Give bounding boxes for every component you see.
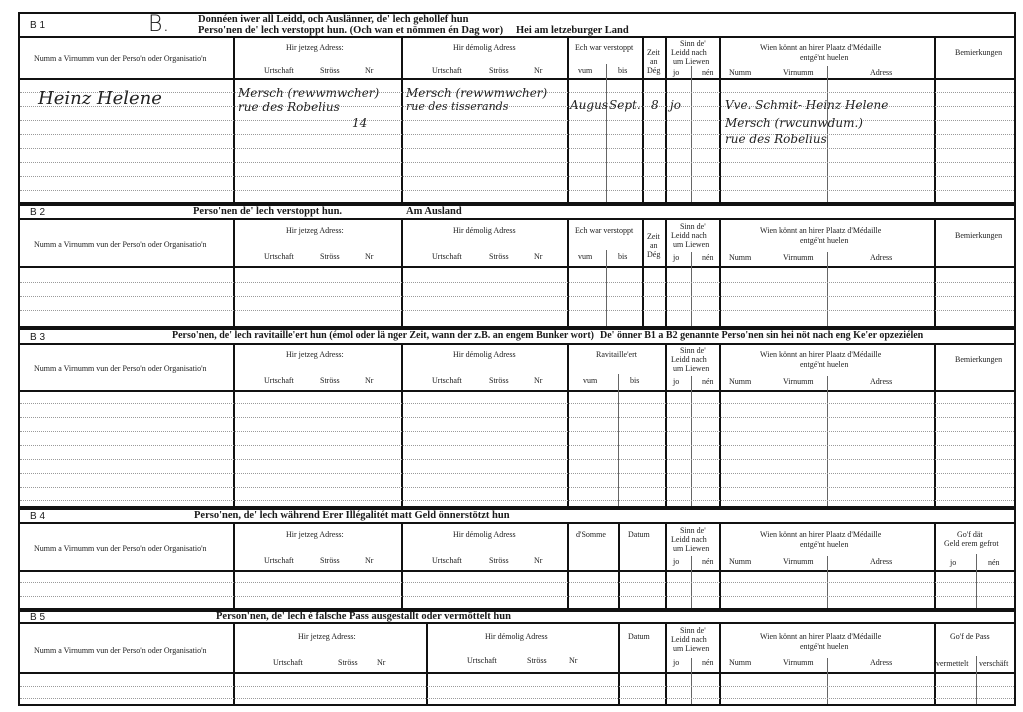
col-header-medal: entgé'nt huelen	[800, 53, 848, 62]
col-header-nr: Nr	[365, 556, 373, 565]
col-header-ravitailleert: Ravitaille'ert	[596, 350, 637, 359]
col-header-former-address: Hir démolig Adress	[485, 632, 548, 641]
col-header-street: Ströss	[320, 66, 340, 75]
col-header-nr: Nr	[534, 66, 542, 75]
col-header-nr: Nr	[365, 376, 373, 385]
col-header-street: Ströss	[527, 656, 547, 665]
col-header-time: Zeit	[647, 232, 660, 241]
col-header-alive: Sinn de'	[680, 222, 706, 231]
col-header-locality: Urtschaft	[432, 556, 462, 565]
col-header-street: Ströss	[489, 252, 509, 261]
col-header-medal: entgé'nt huelen	[800, 642, 848, 651]
section-title-right: Hei am letzeburger Land	[516, 25, 629, 36]
col-header-yes: jo	[673, 658, 679, 667]
section-code: B 1	[30, 20, 45, 31]
col-header-remarks: Bemierkungen	[955, 48, 1002, 57]
section-code: B 4	[30, 511, 45, 522]
section-title-right: Am Ausland	[406, 206, 462, 217]
col-header-time: an	[650, 57, 658, 66]
col-header-street: Ströss	[320, 556, 340, 565]
col-header-name: Numm a Virnumm vun der Perso'n oder Orga…	[34, 544, 207, 553]
col-header-locality: Urtschaft	[432, 376, 462, 385]
section-title-bar: B 5 Person'nen, de' lech é falsche Pass …	[20, 612, 1014, 624]
col-header-locality: Urtschaft	[264, 556, 294, 565]
section-title-line1: Donnéen iwer all Leidd, och Auslänner, d…	[198, 14, 468, 25]
section-code: B 5	[30, 612, 45, 623]
col-header-no: nén	[702, 68, 714, 77]
header-divider	[20, 78, 1014, 80]
col-header-alive: Leidd nach	[671, 635, 707, 644]
col-header-hidden: Ech war verstoppt	[575, 226, 633, 235]
col-header-nr: Nr	[365, 66, 373, 75]
col-header-pass: Go'f de Pass	[950, 632, 990, 641]
col-header-surname: Numm	[729, 68, 751, 77]
col-header-address: Adress	[870, 253, 892, 262]
col-header-address: Adress	[870, 557, 892, 566]
col-header-yes: jo	[673, 557, 679, 566]
col-header-current-address: Hir jetzeg Adress:	[286, 226, 344, 235]
col-header-current-address: Hir jetzeg Adress:	[286, 530, 344, 539]
col-header-date: Datum	[628, 530, 650, 539]
section-b2: B 2 Perso'nen de' lech verstoppt hun. Am…	[18, 204, 1016, 328]
col-header-firstname: Virnumm	[783, 253, 814, 262]
section-title-line2: Perso'nen de' lech verstoppt hun. (Och w…	[198, 25, 503, 36]
entry-alive-yes[interactable]: jo	[670, 98, 681, 112]
col-header-street: Ströss	[489, 376, 509, 385]
col-header-medal: Wien könnt an hirer Plaatz d'Médaille	[760, 350, 881, 359]
col-header-time: Dég	[647, 250, 660, 259]
col-header-mediated: vermettelt	[936, 659, 968, 668]
section-b4: B 4 Perso'nen, de' lech während Erer Ill…	[18, 508, 1016, 610]
col-header-address: Adress	[870, 68, 892, 77]
col-header-alive: Sinn de'	[680, 526, 706, 535]
section-title-right: De' önner B1 a B2 genannte Perso'nen sin…	[600, 330, 923, 341]
col-header-time: Zeit	[647, 48, 660, 57]
col-header-no: nén	[702, 557, 714, 566]
entry-from[interactable]: Augus	[570, 98, 608, 112]
col-header-address: Adress	[870, 658, 892, 667]
col-header-firstname: Virnumm	[783, 557, 814, 566]
col-header-remarks: Bemierkungen	[955, 231, 1002, 240]
col-header-nr: Nr	[534, 252, 542, 261]
col-header-no: nén	[702, 253, 714, 262]
col-header-firstname: Virnumm	[783, 68, 814, 77]
col-header-yes: jo	[673, 68, 679, 77]
col-header-street: Ströss	[338, 658, 358, 667]
col-header-alive: um Liewen	[673, 644, 709, 653]
col-header-time: an	[650, 241, 658, 250]
section-code: B 2	[30, 207, 45, 218]
form-letter: B.	[148, 12, 169, 37]
section-b1: B 1 B. Donnéen iwer all Leidd, och Auslä…	[18, 12, 1016, 204]
entry-to[interactable]: Sept.	[609, 98, 641, 112]
section-b3: B 3 Perso'nen, de' lech ravitaille'ert h…	[18, 328, 1016, 508]
entry-medal-name[interactable]: Vve. Schmit- Heinz Helene	[725, 98, 888, 112]
col-header-former-address: Hir démolig Adress	[453, 43, 516, 52]
col-header-firstname: Virnumm	[783, 658, 814, 667]
col-header-surname: Numm	[729, 253, 751, 262]
entry-current-street[interactable]: rue des Robelius	[238, 100, 340, 114]
col-header-surname: Numm	[729, 377, 751, 386]
entry-current-address[interactable]: Mersch (rewwmwcher)	[238, 86, 379, 100]
col-header-street: Ströss	[489, 556, 509, 565]
col-header-medal: Wien könnt an hirer Plaatz d'Médaille	[760, 632, 881, 641]
section-title-bar: B 3 Perso'nen, de' lech ravitaille'ert h…	[20, 330, 1014, 345]
col-header-money-back: Go'f dät	[957, 530, 983, 539]
col-header-locality: Urtschaft	[432, 252, 462, 261]
col-header-nr: Nr	[365, 252, 373, 261]
entry-name[interactable]: Heinz Helene	[38, 88, 162, 109]
col-header-money-back: Geld erem gefrot	[944, 539, 999, 548]
section-title-bar: B 2 Perso'nen de' lech verstoppt hun. Am…	[20, 206, 1014, 220]
col-header-medal: entgé'nt huelen	[800, 540, 848, 549]
col-header-nr: Nr	[534, 556, 542, 565]
col-header-alive: um Liewen	[673, 240, 709, 249]
col-header-nr: Nr	[377, 658, 385, 667]
col-header-remarks: Bemierkungen	[955, 355, 1002, 364]
col-header-locality: Urtschaft	[273, 658, 303, 667]
col-header-street: Ströss	[320, 252, 340, 261]
col-header-date: Datum	[628, 632, 650, 641]
col-header-time: Dég	[647, 66, 660, 75]
col-header-hidden: Ech war verstoppt	[575, 43, 633, 52]
col-header-current-address: Hir jetzeg Adress:	[286, 43, 344, 52]
col-header-alive: Sinn de'	[680, 346, 706, 355]
entry-medal-street[interactable]: rue des Robelius	[725, 132, 827, 146]
entry-days[interactable]: 8	[651, 98, 659, 112]
col-header-to: bis	[618, 66, 627, 75]
col-header-name: Numm a Virnumm vun der Perso'n oder Orga…	[34, 646, 207, 655]
col-header-name: Numm a Virnumm vun der Perso'n oder Orga…	[34, 240, 207, 249]
col-header-no: nén	[988, 558, 1000, 567]
col-subdivider	[606, 64, 607, 202]
col-header-yes: jo	[673, 377, 679, 386]
col-header-alive: Leidd nach	[671, 231, 707, 240]
col-header-alive: um Liewen	[673, 364, 709, 373]
col-header-former-address: Hir démolig Adress	[453, 350, 516, 359]
entry-medal-locality[interactable]: Mersch (rwcunwdum.)	[725, 116, 863, 130]
col-header-former-address: Hir démolig Adress	[453, 226, 516, 235]
col-header-nr: Nr	[534, 376, 542, 385]
col-header-alive: um Liewen	[673, 57, 709, 66]
col-header-medal: Wien könnt an hirer Plaatz d'Médaille	[760, 530, 881, 539]
col-header-firstname: Virnumm	[783, 377, 814, 386]
col-header-locality: Urtschaft	[432, 66, 462, 75]
col-header-name: Numm a Virnumm vun der Perso'n oder Orga…	[34, 364, 207, 373]
col-header-alive: um Liewen	[673, 544, 709, 553]
col-header-medal: entgé'nt huelen	[800, 236, 848, 245]
col-header-current-address: Hir jetzeg Adress:	[298, 632, 356, 641]
col-header-no: nén	[702, 658, 714, 667]
col-header-locality: Urtschaft	[264, 252, 294, 261]
section-title: Perso'nen, de' lech ravitaille'ert hun (…	[172, 330, 594, 341]
col-header-surname: Numm	[729, 658, 751, 667]
col-header-former-address: Hir démolig Adress	[453, 530, 516, 539]
col-header-yes: jo	[673, 253, 679, 262]
col-header-alive: Leidd nach	[671, 535, 707, 544]
section-title: Perso'nen de' lech verstoppt hun.	[193, 206, 342, 217]
entry-former-address[interactable]: Mersch (rewwmwcher)	[406, 86, 547, 100]
section-code: B 3	[30, 332, 45, 343]
col-header-street: Ströss	[489, 66, 509, 75]
entry-current-nr[interactable]: 14	[352, 116, 367, 130]
col-header-address: Adress	[870, 377, 892, 386]
col-header-alive: Sinn de'	[680, 39, 706, 48]
col-header-sum: d'Somme	[576, 530, 606, 539]
col-header-procured: verschäft	[979, 659, 1008, 668]
col-header-nr: Nr	[569, 656, 577, 665]
col-header-to: bis	[618, 252, 627, 261]
section-b5: B 5 Person'nen, de' lech é falsche Pass …	[18, 610, 1016, 706]
col-header-name: Numm a Virnumm vun der Perso'n oder Orga…	[34, 54, 207, 63]
col-header-surname: Numm	[729, 557, 751, 566]
col-header-alive: Leidd nach	[671, 48, 707, 57]
col-header-current-address: Hir jetzeg Adress:	[286, 350, 344, 359]
col-header-locality: Urtschaft	[264, 376, 294, 385]
col-header-medal: Wien könnt an hirer Plaatz d'Médaille	[760, 43, 881, 52]
col-header-from: vum	[578, 252, 592, 261]
col-header-no: nén	[702, 377, 714, 386]
col-header-from: vum	[583, 376, 597, 385]
col-header-medal: entgé'nt huelen	[800, 360, 848, 369]
col-header-street: Ströss	[320, 376, 340, 385]
col-header-alive: Leidd nach	[671, 355, 707, 364]
section-title-bar: B 1 B. Donnéen iwer all Leidd, och Auslä…	[20, 14, 1014, 38]
col-header-yes: jo	[950, 558, 956, 567]
section-title: Perso'nen, de' lech während Erer Illégal…	[194, 510, 510, 521]
section-title-bar: B 4 Perso'nen, de' lech während Erer Ill…	[20, 510, 1014, 524]
col-header-from: vum	[578, 66, 592, 75]
entry-former-street[interactable]: rue des tisserands	[406, 100, 508, 113]
col-header-to: bis	[630, 376, 639, 385]
col-header-locality: Urtschaft	[264, 66, 294, 75]
col-header-medal: Wien könnt an hirer Plaatz d'Médaille	[760, 226, 881, 235]
col-header-alive: Sinn de'	[680, 626, 706, 635]
section-title: Person'nen, de' lech é falsche Pass ausg…	[216, 611, 511, 622]
col-header-locality: Urtschaft	[467, 656, 497, 665]
